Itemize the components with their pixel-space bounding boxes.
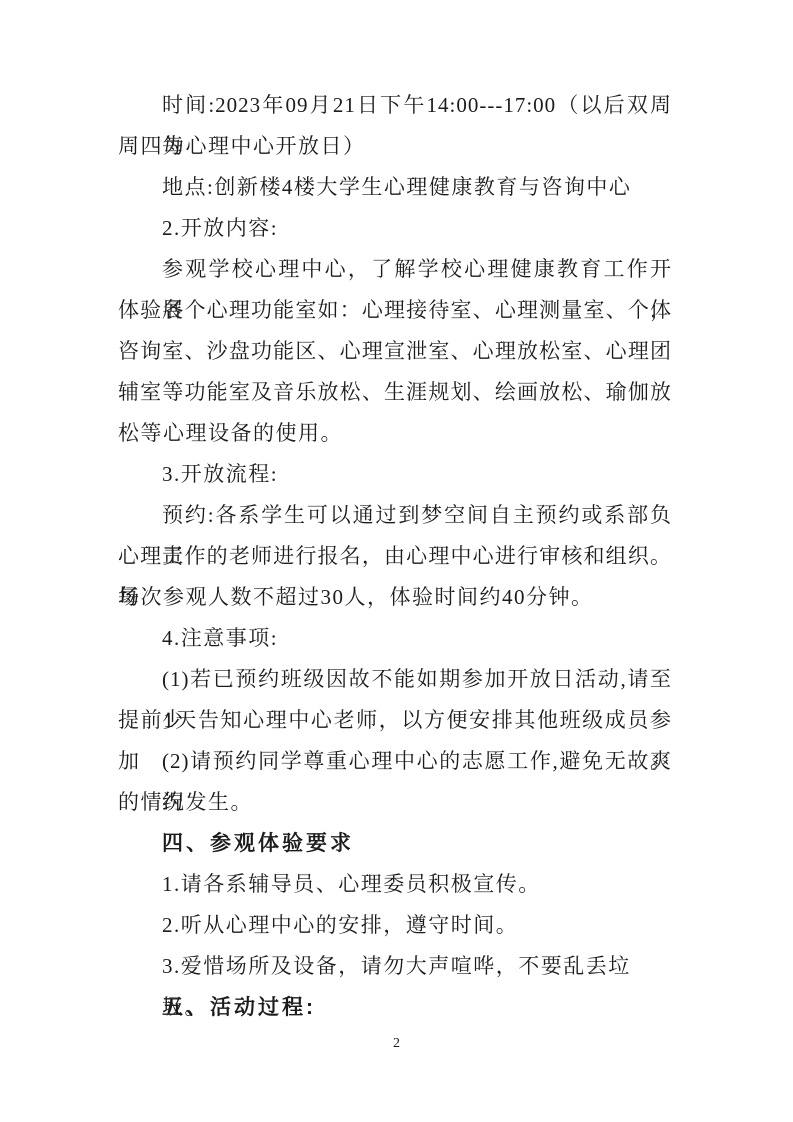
text-line: 的情况发生。 bbox=[118, 782, 672, 823]
text-line: 2.听从心理中心的安排，遵守时间。 bbox=[118, 905, 672, 946]
text-line: 3.爱惜场所及设备，请勿大声喧哗，不要乱丢垃圾。 bbox=[118, 946, 672, 987]
text-line: 周四为心理中心开放日） bbox=[118, 126, 672, 167]
text-line: 1.请各系辅导员、心理委员积极宣传。 bbox=[118, 864, 672, 905]
text-line: 咨询室、沙盘功能区、心理宣泄室、心理放松室、心理团 bbox=[118, 331, 672, 372]
document-page: 时间:2023年09月21日下午14:00---17:00（以后双周每周四为心理… bbox=[0, 0, 793, 1122]
text-line: 4.注意事项: bbox=[118, 618, 672, 659]
text-line: 预约:各系学生可以通过到梦空间自主预约或系部负责 bbox=[118, 495, 672, 536]
text-line: 心理工作的老师进行报名，由心理中心进行审核和组织。每 bbox=[118, 536, 672, 577]
text-line: 参观学校心理中心，了解学校心理健康教育工作开展， bbox=[118, 249, 672, 290]
text-line: 辅室等功能室及音乐放松、生涯规划、绘画放松、瑜伽放 bbox=[118, 372, 672, 413]
text-line: 提前1天告知心理中心老师，以方便安排其他班级成员参加。 bbox=[118, 700, 672, 741]
document-body: 时间:2023年09月21日下午14:00---17:00（以后双周每周四为心理… bbox=[118, 85, 672, 1028]
text-line: (1)若已预约班级因故不能如期参加开放日活动,请至少 bbox=[118, 659, 672, 700]
text-line: 场次参观人数不超过30人，体验时间约40分钟。 bbox=[118, 577, 672, 618]
page-number: 2 bbox=[0, 1034, 793, 1054]
section-heading: 四、参观体验要求 bbox=[118, 823, 672, 864]
text-line: (2)请预约同学尊重心理中心的志愿工作,避免无故爽约 bbox=[118, 741, 672, 782]
text-line: 地点:创新楼4楼大学生心理健康教育与咨询中心 bbox=[118, 167, 672, 208]
text-line: 3.开放流程: bbox=[118, 454, 672, 495]
text-line: 松等心理设备的使用。 bbox=[118, 413, 672, 454]
text-line: 时间:2023年09月21日下午14:00---17:00（以后双周每 bbox=[118, 85, 672, 126]
section-heading: 五、活动过程: bbox=[118, 987, 672, 1028]
text-line: 2.开放内容: bbox=[118, 208, 672, 249]
text-line: 体验各个心理功能室如：心理接待室、心理测量室、个体 bbox=[118, 290, 672, 331]
